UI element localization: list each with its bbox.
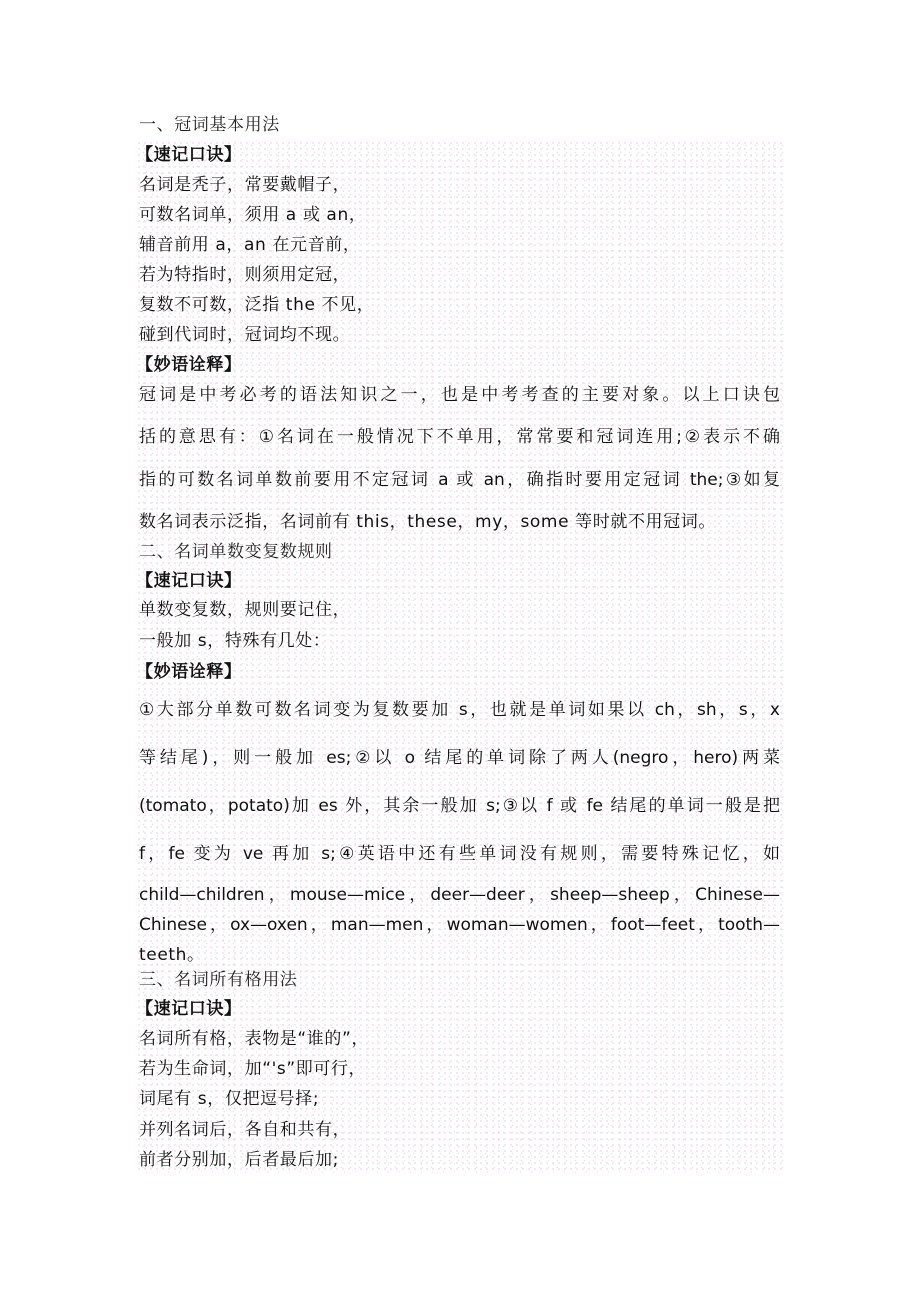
section-heading: 一、冠词基本用法 [139, 114, 280, 136]
mnemonic-label: 【速记口诀】 [136, 144, 242, 166]
mnemonic-line: 复数不可数，泛指 the 不见， [139, 294, 374, 316]
explain-line: child—children，mouse—mice，deer—deer，shee… [139, 884, 780, 906]
section-heading: 三、名词所有格用法 [139, 969, 297, 991]
mnemonic-label: 【速记口诀】 [136, 570, 242, 592]
mnemonic-line: 前者分别加，后者最后加; [139, 1149, 339, 1171]
explain-line: teeth。 [139, 944, 205, 966]
mnemonic-line: 一般加 s，特殊有几处： [139, 630, 330, 652]
mnemonic-line: 可数名词单，须用 a 或 an， [139, 204, 366, 226]
mnemonic-line: 名词是秃子，常要戴帽子， [139, 174, 350, 196]
explain-line: (tomato，potato)加 es 外，其余一般加 s;③以 f 或 fe … [139, 795, 780, 817]
explain-label: 【妙语诠释】 [136, 661, 242, 683]
mnemonic-line: 单数变复数，规则要记住， [139, 599, 350, 621]
mnemonic-label: 【速记口诀】 [136, 998, 242, 1020]
explain-line: 括的意思有：①名词在一般情况下不单用，常常要和冠词连用;②表示不确 [139, 426, 780, 448]
mnemonic-line: 若为生命词，加“'s”即可行， [139, 1058, 366, 1080]
explain-line: f，fe 变为 ve 再加 s;④英语中还有些单词没有规则，需要特殊记忆，如 [139, 843, 780, 865]
explain-line: 指的可数名词单数前要用不定冠词 a 或 an，确指时要用定冠词 the;③如复 [139, 469, 780, 491]
explain-line: 数名词表示泛指，名词前有 this，these，my，some 等时就不用冠词。 [139, 511, 716, 533]
mnemonic-line: 名词所有格，表物是“谁的”， [139, 1028, 369, 1050]
explain-line: ①大部分单数可数名词变为复数要加 s，也就是单词如果以 ch，sh，s，x [139, 699, 780, 721]
mnemonic-line: 若为特指时，则须用定冠， [139, 264, 350, 286]
mnemonic-line: 并列名词后，各自和共有， [139, 1119, 350, 1141]
explain-line: Chinese，ox—oxen，man—men，woman—women，foot… [139, 914, 780, 936]
explain-label: 【妙语诠释】 [136, 354, 242, 376]
mnemonic-line: 碰到代词时，冠词均不现。 [139, 324, 350, 346]
explain-line: 等结尾)，则一般加 es;②以 o 结尾的单词除了两人(negro，hero)两… [139, 747, 780, 769]
explain-line: 冠词是中考必考的语法知识之一，也是中考考查的主要对象。以上口诀包 [139, 384, 780, 406]
mnemonic-line: 辅音前用 a，an 在元音前， [139, 234, 360, 256]
mnemonic-line: 词尾有 s，仅把逗号择; [139, 1088, 319, 1110]
section-heading: 二、名词单数变复数规则 [139, 541, 333, 563]
